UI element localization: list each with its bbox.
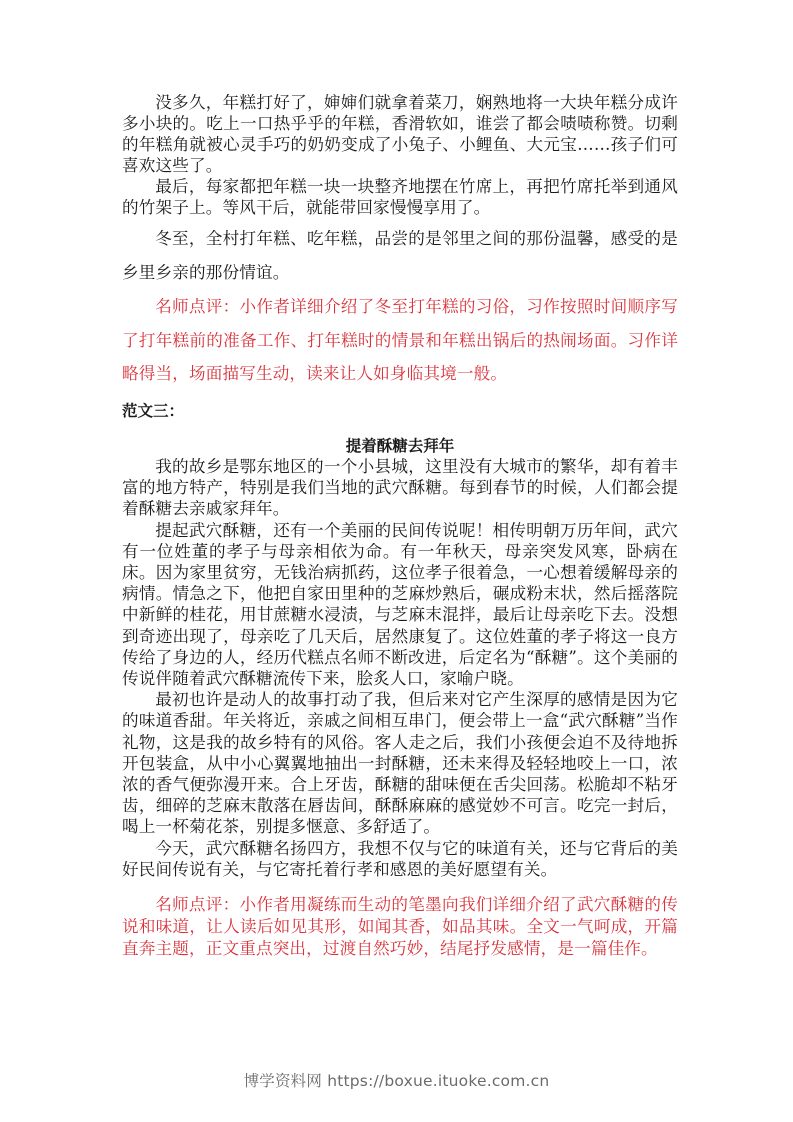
teacher-comment: 名师点评：小作者用凝练而生动的笔墨向我们详细介绍了武穴酥糖的传说和味道，让人读后… — [122, 894, 678, 960]
body-paragraph: 最初也许是动人的故事打动了我，但后来对它产生深厚的感情是因为它的味道香甜。年关将… — [122, 689, 678, 837]
body-paragraph: 最后，每家都把年糕一块一块整齐地摆在竹席上，再把竹席托举到通风的竹架子上。等风干… — [122, 176, 678, 218]
body-paragraph: 我的故乡是鄂东地区的一个小县城，这里没有大城市的繁华，却有着丰富的地方特产，特别… — [122, 456, 678, 520]
body-paragraph: 没多久，年糕打好了，婶婶们就拿着菜刀，娴熟地将一大块年糕分成许多小块的。吃上一口… — [122, 92, 678, 176]
body-paragraph: 今天，武穴酥糖名扬四方，我想不仅与它的味道有关，还与它背后的美好民间传说有关，与… — [122, 838, 678, 880]
body-paragraph: 冬至，全村打年糕、吃年糕，品尝的是邻里之间的那份温馨，感受的是乡里乡亲的那份情谊… — [122, 222, 678, 290]
body-paragraph: 提起武穴酥糖，还有一个美丽的民间传说呢！相传明朝万历年间，武穴有一位姓董的孝子与… — [122, 520, 678, 690]
footer-watermark: 博学资料网 https://boxue.ituoke.com.cn — [0, 1069, 793, 1091]
essay-three: 提着酥糖去拜年 我的故乡是鄂东地区的一个小县城，这里没有大城市的繁华，却有着丰富… — [122, 436, 678, 880]
essay-title: 提着酥糖去拜年 — [122, 436, 678, 456]
essay-three-comment-block: 名师点评：小作者用凝练而生动的笔墨向我们详细介绍了武穴酥糖的传说和味道，让人读后… — [122, 894, 678, 960]
document-page: 没多久，年糕打好了，婶婶们就拿着菜刀，娴熟地将一大块年糕分成许多小块的。吃上一口… — [122, 92, 678, 391]
teacher-comment: 名师点评：小作者详细介绍了冬至打年糕的习俗，习作按照时间顺序写了打年糕前的准备工… — [122, 290, 678, 391]
section-label: 范文三： — [122, 399, 184, 421]
essay-two-ending: 没多久，年糕打好了，婶婶们就拿着菜刀，娴熟地将一大块年糕分成许多小块的。吃上一口… — [122, 92, 678, 391]
